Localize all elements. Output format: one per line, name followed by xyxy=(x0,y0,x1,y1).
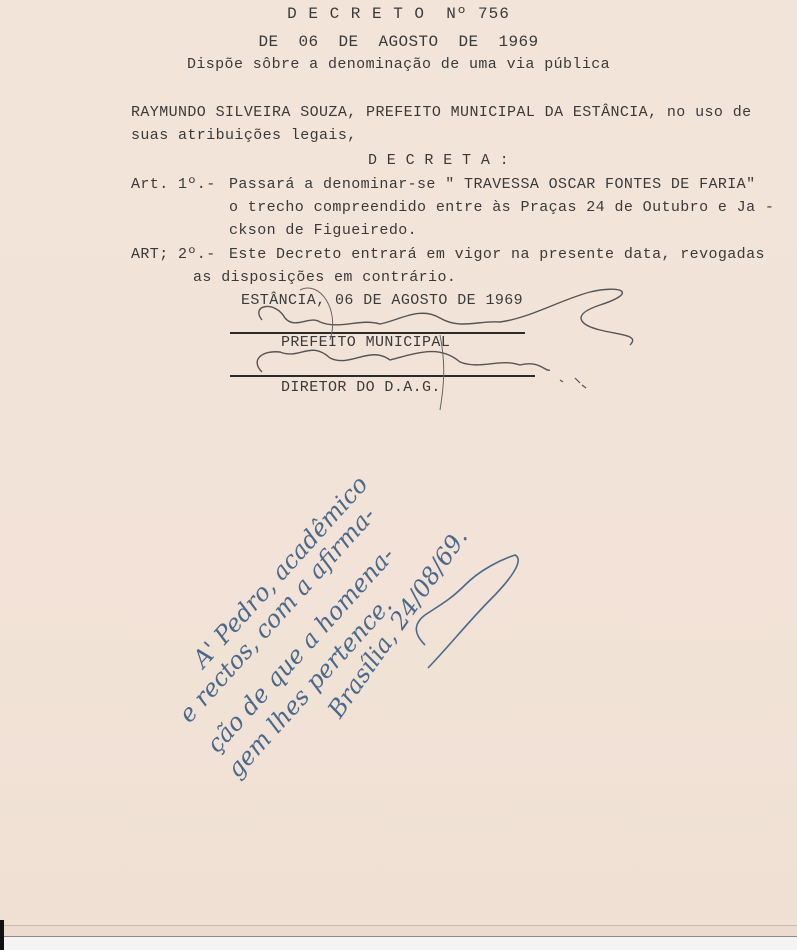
document-page: D E C R E T O Nº 756 DE 06 DE AGOSTO DE … xyxy=(0,0,797,937)
handwritten-signature-note xyxy=(180,420,540,740)
handwritten-signatures xyxy=(0,0,797,420)
handwritten-dedication: A' Pedro, acadêmico e rectos, com a afir… xyxy=(180,420,540,740)
scan-edge xyxy=(0,920,4,950)
